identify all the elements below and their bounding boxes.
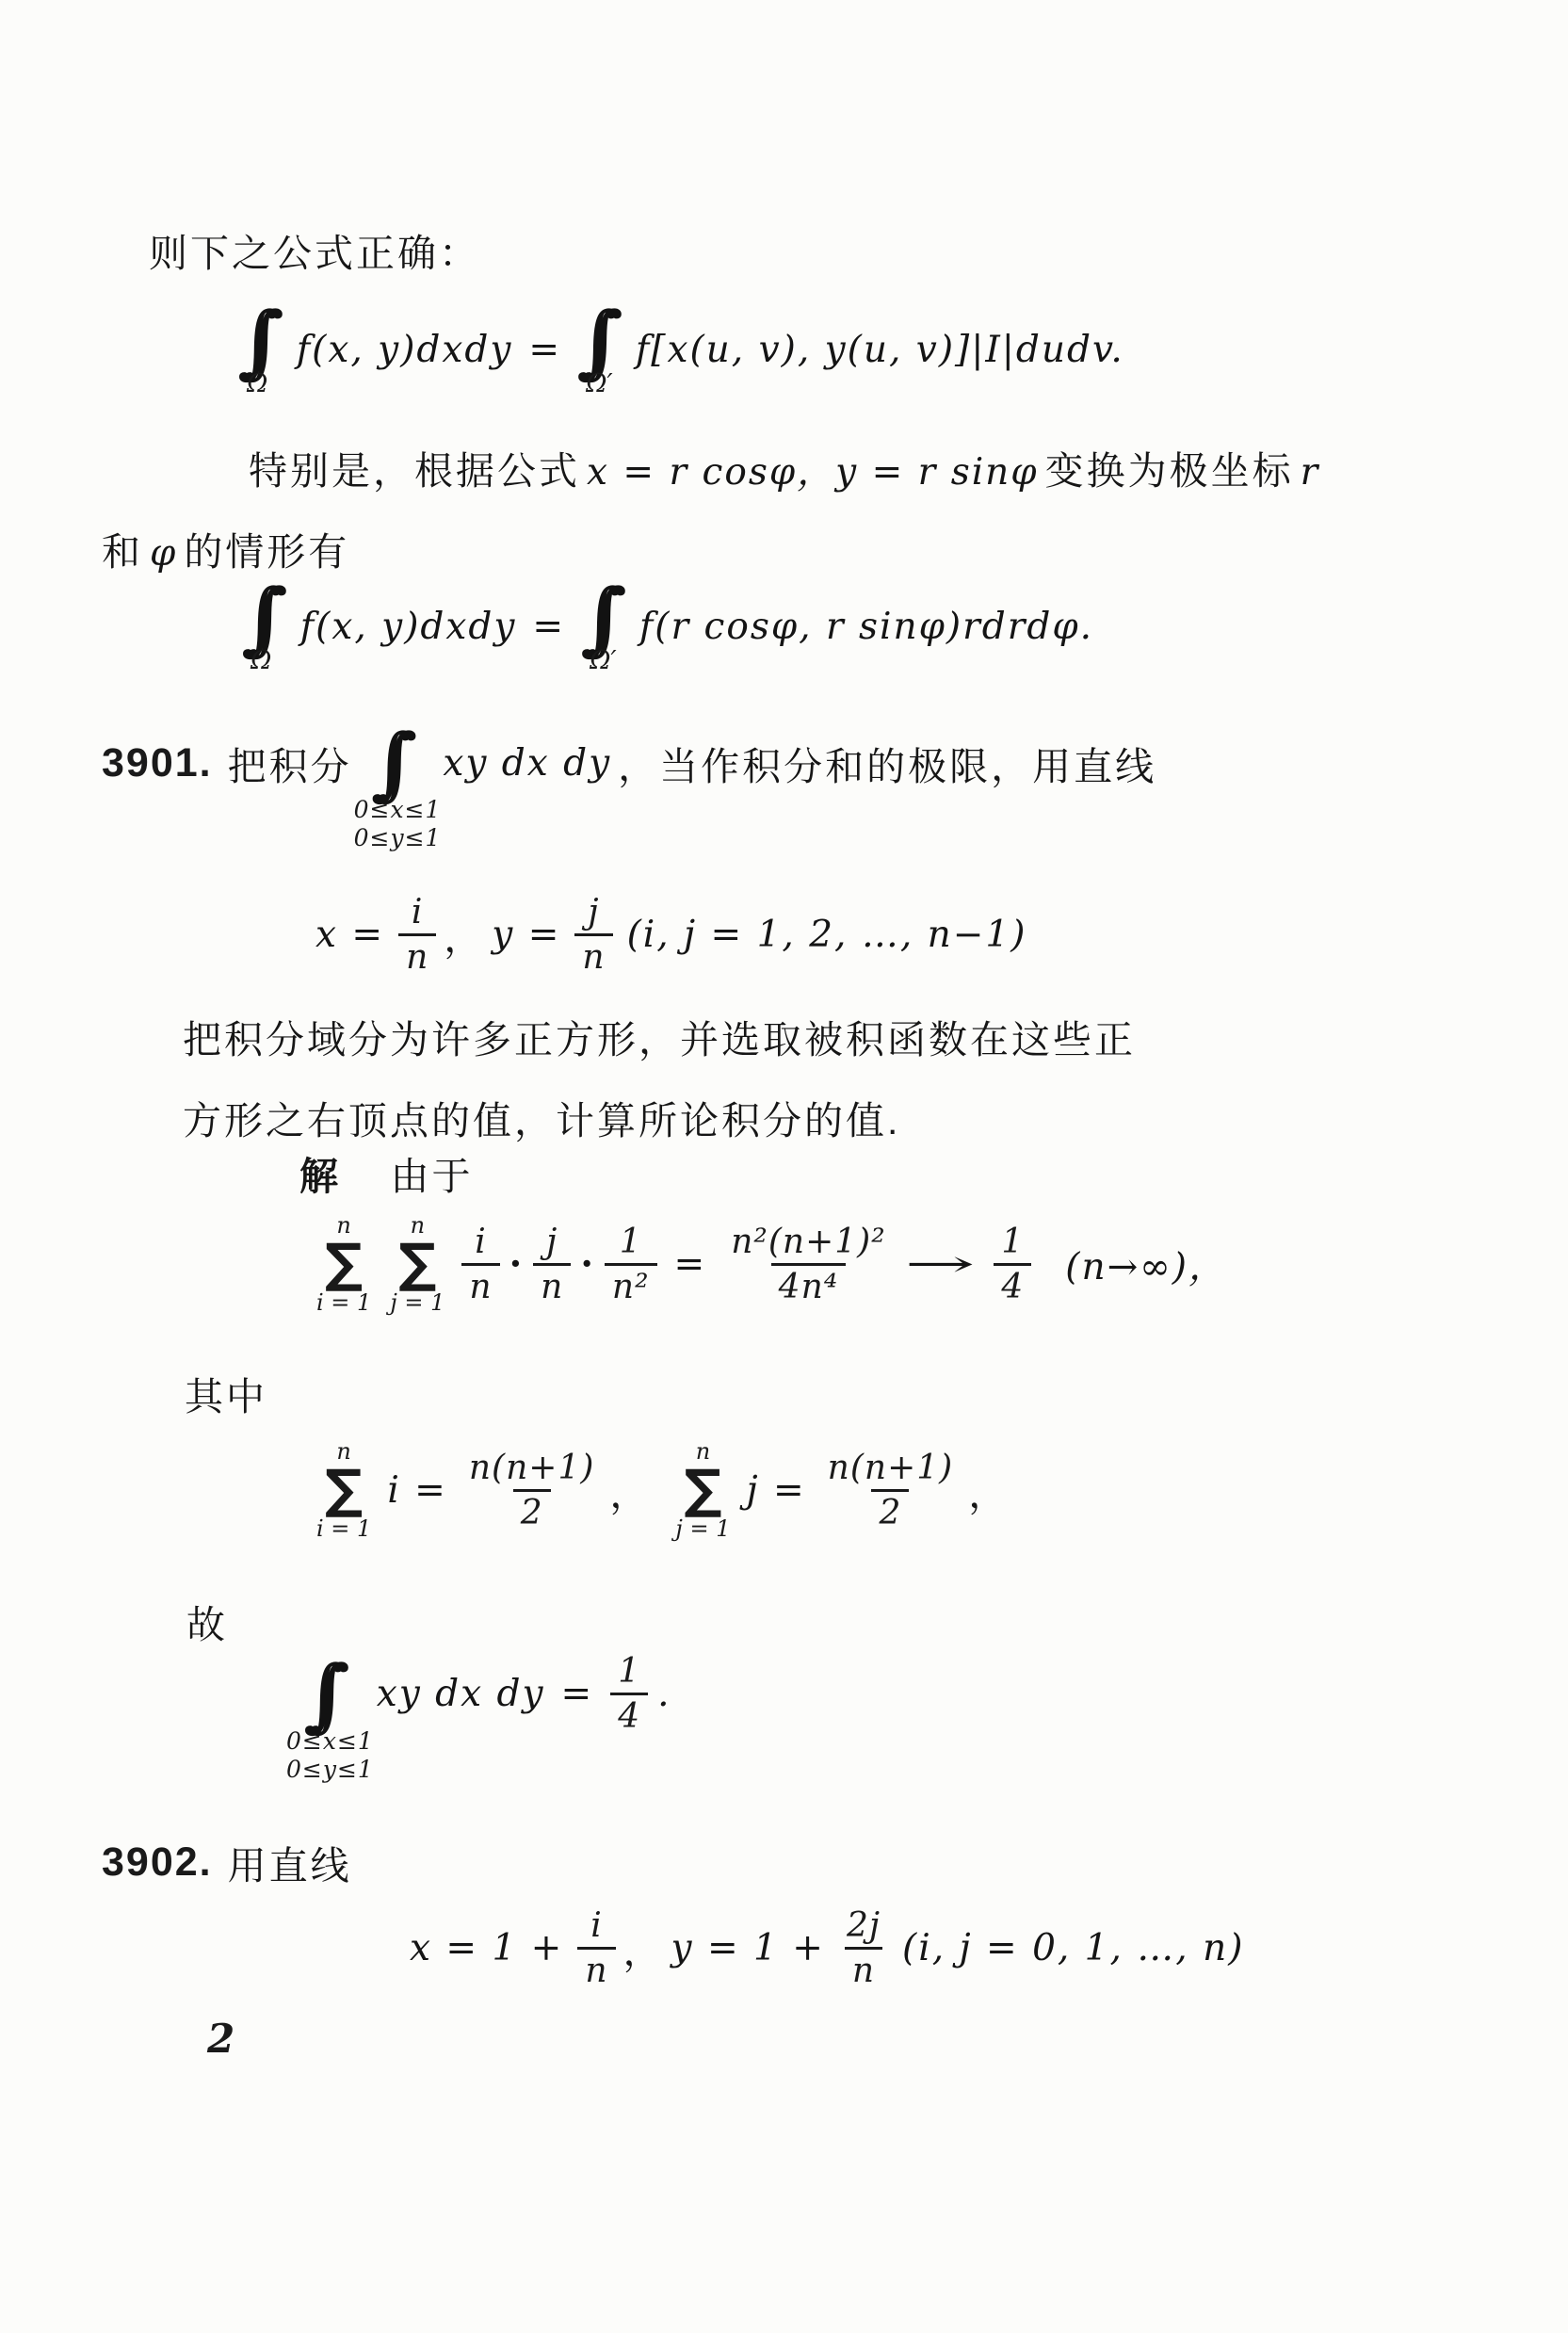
formula-polar-substitution: ∫∫ Ω f(x, y)dxdy = ∫∫ Ω′ f(r cosφ, r sin… — [235, 578, 1100, 675]
sigma-sign: ∑ — [398, 1238, 436, 1290]
math-y-equals: y = 1 + — [671, 1927, 825, 1969]
text-segment: ，当作积分和的极限，用直线 — [618, 736, 1156, 791]
problem-3901-body: 把积分域分为许多正方形，并选取被积函数在这些正 方形之右顶点的值，计算所论积分的… — [183, 1004, 1136, 1166]
numerator: i — [404, 891, 431, 933]
sum-lower-limit: j = 1 — [390, 1290, 445, 1315]
double-integral: ∫∫ 0≤x≤1 0≤y≤1 — [303, 1655, 350, 1734]
text-segment: 和 — [102, 530, 143, 574]
limit-arrow: → — [904, 1243, 979, 1286]
double-integral: ∫∫ Ω — [241, 578, 288, 675]
sigma-sign: ∑ — [684, 1464, 721, 1516]
fraction-j-over-n: j n — [533, 1221, 571, 1308]
solution-label-line: 解 由于 — [299, 1145, 473, 1201]
text-segment: 特别是，根据公式 — [249, 449, 580, 493]
fraction-j-over-n: j n — [574, 891, 612, 979]
paragraph-line: 把积分域分为许多正方形，并选取被积函数在这些正 — [183, 1004, 1136, 1085]
math-x-equals: x = — [315, 914, 384, 956]
fraction-closed-form: n²(n+1)² 4n⁴ — [723, 1221, 893, 1308]
double-integral: ∫∫ Ω′ — [576, 301, 623, 398]
paragraph-line: 特别是，根据公式x = r cosφ，y = r sinφ变换为极坐标r — [102, 435, 1326, 516]
formula-final-result: ∫∫ 0≤x≤1 0≤y≤1 xy dx dy = 1 4 . — [298, 1650, 678, 1738]
numerator: i — [467, 1221, 494, 1263]
denominator: 2 — [513, 1489, 551, 1534]
equals-sign: = — [528, 329, 561, 371]
fraction-n-n-plus-1-over-2: n(n+1) 2 — [820, 1447, 962, 1534]
math-integrand: xy dx dy — [443, 742, 611, 785]
formula-riemann-sum: n ∑ i = 1 n ∑ j = 1 i n · j n · 1 n² = n… — [307, 1213, 1234, 1316]
comma: ， — [444, 907, 485, 963]
solution-label: 解 — [299, 1155, 341, 1198]
equals-sign: = — [532, 606, 565, 648]
limit-x: 0≤x≤1 — [286, 1727, 374, 1756]
sigma-sign: ∑ — [325, 1464, 363, 1516]
fraction-i-over-n: i n — [577, 1904, 615, 1992]
numerator: i — [583, 1904, 610, 1947]
summation-i: n ∑ i = 1 — [316, 1213, 371, 1316]
period: . — [657, 1673, 671, 1715]
integral-limits: 0≤x≤1 0≤y≤1 — [286, 1727, 374, 1784]
comma: ， — [968, 1463, 1010, 1518]
denominator: n — [461, 1263, 499, 1308]
denominator: 2 — [871, 1489, 909, 1534]
numerator: 1 — [994, 1221, 1031, 1263]
integral-limits: 0≤x≤1 0≤y≤1 — [354, 796, 442, 852]
fraction-one-quarter: 1 4 — [994, 1221, 1031, 1308]
text-segment: 方形之右顶点的值，计算所论积分的值. — [183, 1099, 900, 1142]
paragraph-polar-intro: 特别是，根据公式x = r cosφ，y = r sinφ变换为极坐标r 和φ的… — [102, 435, 1326, 597]
problem-3902-header: 3902. 用直线 — [102, 1835, 352, 1890]
denominator: n — [845, 1947, 882, 1992]
math-inline-phi: φ — [150, 532, 177, 575]
fraction-i-over-n: i n — [398, 891, 436, 979]
denominator: 4 — [994, 1263, 1031, 1308]
intro-text: 则下之公式正确： — [149, 222, 480, 278]
integral-domain-omega-prime: Ω′ — [576, 369, 613, 398]
math-inline-polar: x = r cosφ，y = r sinφ — [587, 451, 1039, 494]
double-integral-sign: ∫∫ — [371, 723, 418, 802]
scanned-page: 则下之公式正确： ∫∫ Ω f(x, y)dxdy = ∫∫ Ω′ f[x(u,… — [0, 0, 1568, 2333]
math-integrand: xy dx dy — [377, 1673, 545, 1715]
limit-y: 0≤y≤1 — [286, 1756, 374, 1784]
formula-grid-lines-3902: x = 1 + i n ， y = 1 + 2j n (i, j = 0, 1,… — [403, 1904, 1251, 1992]
comma: ， — [623, 1920, 665, 1976]
page-number: 2 — [207, 2016, 234, 2062]
math-integrand-lhs: f(x, y)dxdy — [300, 606, 517, 648]
fraction-2j-over-n: 2j n — [839, 1904, 888, 1992]
denominator: 4 — [610, 1693, 648, 1738]
integral-domain-omega: Ω — [237, 369, 267, 398]
limit-y: 0≤y≤1 — [354, 824, 442, 852]
numerator: 1 — [610, 1650, 648, 1693]
fraction-one-over-n-squared: 1 n² — [605, 1221, 657, 1308]
numerator: n(n+1) — [461, 1447, 603, 1489]
summation-j: n ∑ j = 1 — [675, 1439, 730, 1542]
sigma-sign: ∑ — [325, 1238, 363, 1290]
multiplication-dot: · — [509, 1242, 525, 1286]
math-index-range: (i, j = 1, 2, …, n−1) — [627, 914, 1027, 956]
equals-sign: = — [561, 1673, 594, 1715]
numerator: j — [539, 1221, 565, 1263]
double-integral-sign: ∫∫ — [303, 1655, 350, 1734]
numerator: n²(n+1)² — [723, 1221, 893, 1263]
denominator: n — [398, 933, 436, 979]
text-segment: 用直线 — [228, 1835, 352, 1890]
summation-j: n ∑ j = 1 — [390, 1213, 445, 1316]
math-y-equals: y = — [492, 914, 560, 956]
sum-lower-limit: i = 1 — [316, 1516, 371, 1541]
comma: ， — [609, 1463, 651, 1518]
double-integral: ∫∫ Ω — [237, 301, 284, 398]
text-segment: 把积分域分为许多正方形，并选取被积函数在这些正 — [183, 1018, 1136, 1061]
math-index-range: (i, j = 0, 1, …, n) — [902, 1927, 1244, 1969]
double-integral: ∫∫ 0≤x≤1 0≤y≤1 — [371, 723, 418, 802]
text-segment: 的情形有 — [184, 530, 349, 574]
summation-i: n ∑ i = 1 — [316, 1439, 371, 1542]
problem-number: 3902. — [102, 1839, 213, 1886]
problem-3901-header: 3901. 把积分 ∫∫ 0≤x≤1 0≤y≤1 xy dx dy ，当作积分和… — [102, 723, 1156, 802]
text-among: 其中 — [185, 1366, 267, 1421]
text-segment: 变换为极坐标 — [1045, 449, 1294, 493]
formula-jacobian-substitution: ∫∫ Ω f(x, y)dxdy = ∫∫ Ω′ f[x(u, v), y(u,… — [232, 301, 1131, 398]
sum-lower-limit: j = 1 — [675, 1516, 730, 1541]
double-integral: ∫∫ Ω′ — [580, 578, 627, 675]
text-thus: 故 — [186, 1594, 228, 1649]
text-segment: 把积分 — [228, 736, 352, 791]
sum-lower-limit: i = 1 — [316, 1290, 371, 1315]
multiplication-dot: · — [580, 1242, 595, 1286]
math-inline-r: r — [1301, 451, 1320, 494]
numerator: n(n+1) — [820, 1447, 962, 1489]
formula-sum-identities: n ∑ i = 1 i = n(n+1) 2 ， n ∑ j = 1 j = n… — [307, 1439, 1010, 1542]
denominator: 4n⁴ — [771, 1263, 847, 1308]
fraction-i-over-n: i n — [461, 1221, 499, 1308]
numerator: j — [580, 891, 606, 933]
integral-domain-omega: Ω — [241, 646, 271, 675]
math-integrand-rhs: f(r cosφ, r sinφ)rdrdφ. — [639, 606, 1093, 648]
denominator: n — [574, 933, 612, 979]
math-i-equals: i = — [387, 1469, 447, 1512]
formula-grid-lines-3901: x = i n ， y = j n (i, j = 1, 2, …, n−1) — [309, 891, 1033, 979]
limit-x: 0≤x≤1 — [354, 796, 442, 824]
fraction-n-n-plus-1-over-2: n(n+1) 2 — [461, 1447, 603, 1534]
numerator: 2j — [839, 1904, 888, 1947]
denominator: n — [533, 1263, 571, 1308]
math-integrand-rhs: f[x(u, v), y(u, v)]|I|dudv. — [636, 329, 1124, 371]
math-x-equals: x = 1 + — [410, 1927, 563, 1969]
equals-sign: = — [674, 1243, 707, 1286]
math-integrand-lhs: f(x, y)dxdy — [297, 329, 513, 371]
fraction-one-quarter: 1 4 — [610, 1650, 648, 1738]
math-j-equals: j = — [746, 1469, 805, 1512]
denominator: n — [577, 1947, 615, 1992]
problem-number: 3901. — [102, 740, 213, 786]
limit-condition: (n→∞)， — [1065, 1238, 1227, 1290]
denominator: n² — [605, 1263, 657, 1308]
numerator: 1 — [612, 1221, 650, 1263]
integral-domain-omega-prime: Ω′ — [580, 646, 617, 675]
text-segment: 由于 — [390, 1155, 473, 1198]
